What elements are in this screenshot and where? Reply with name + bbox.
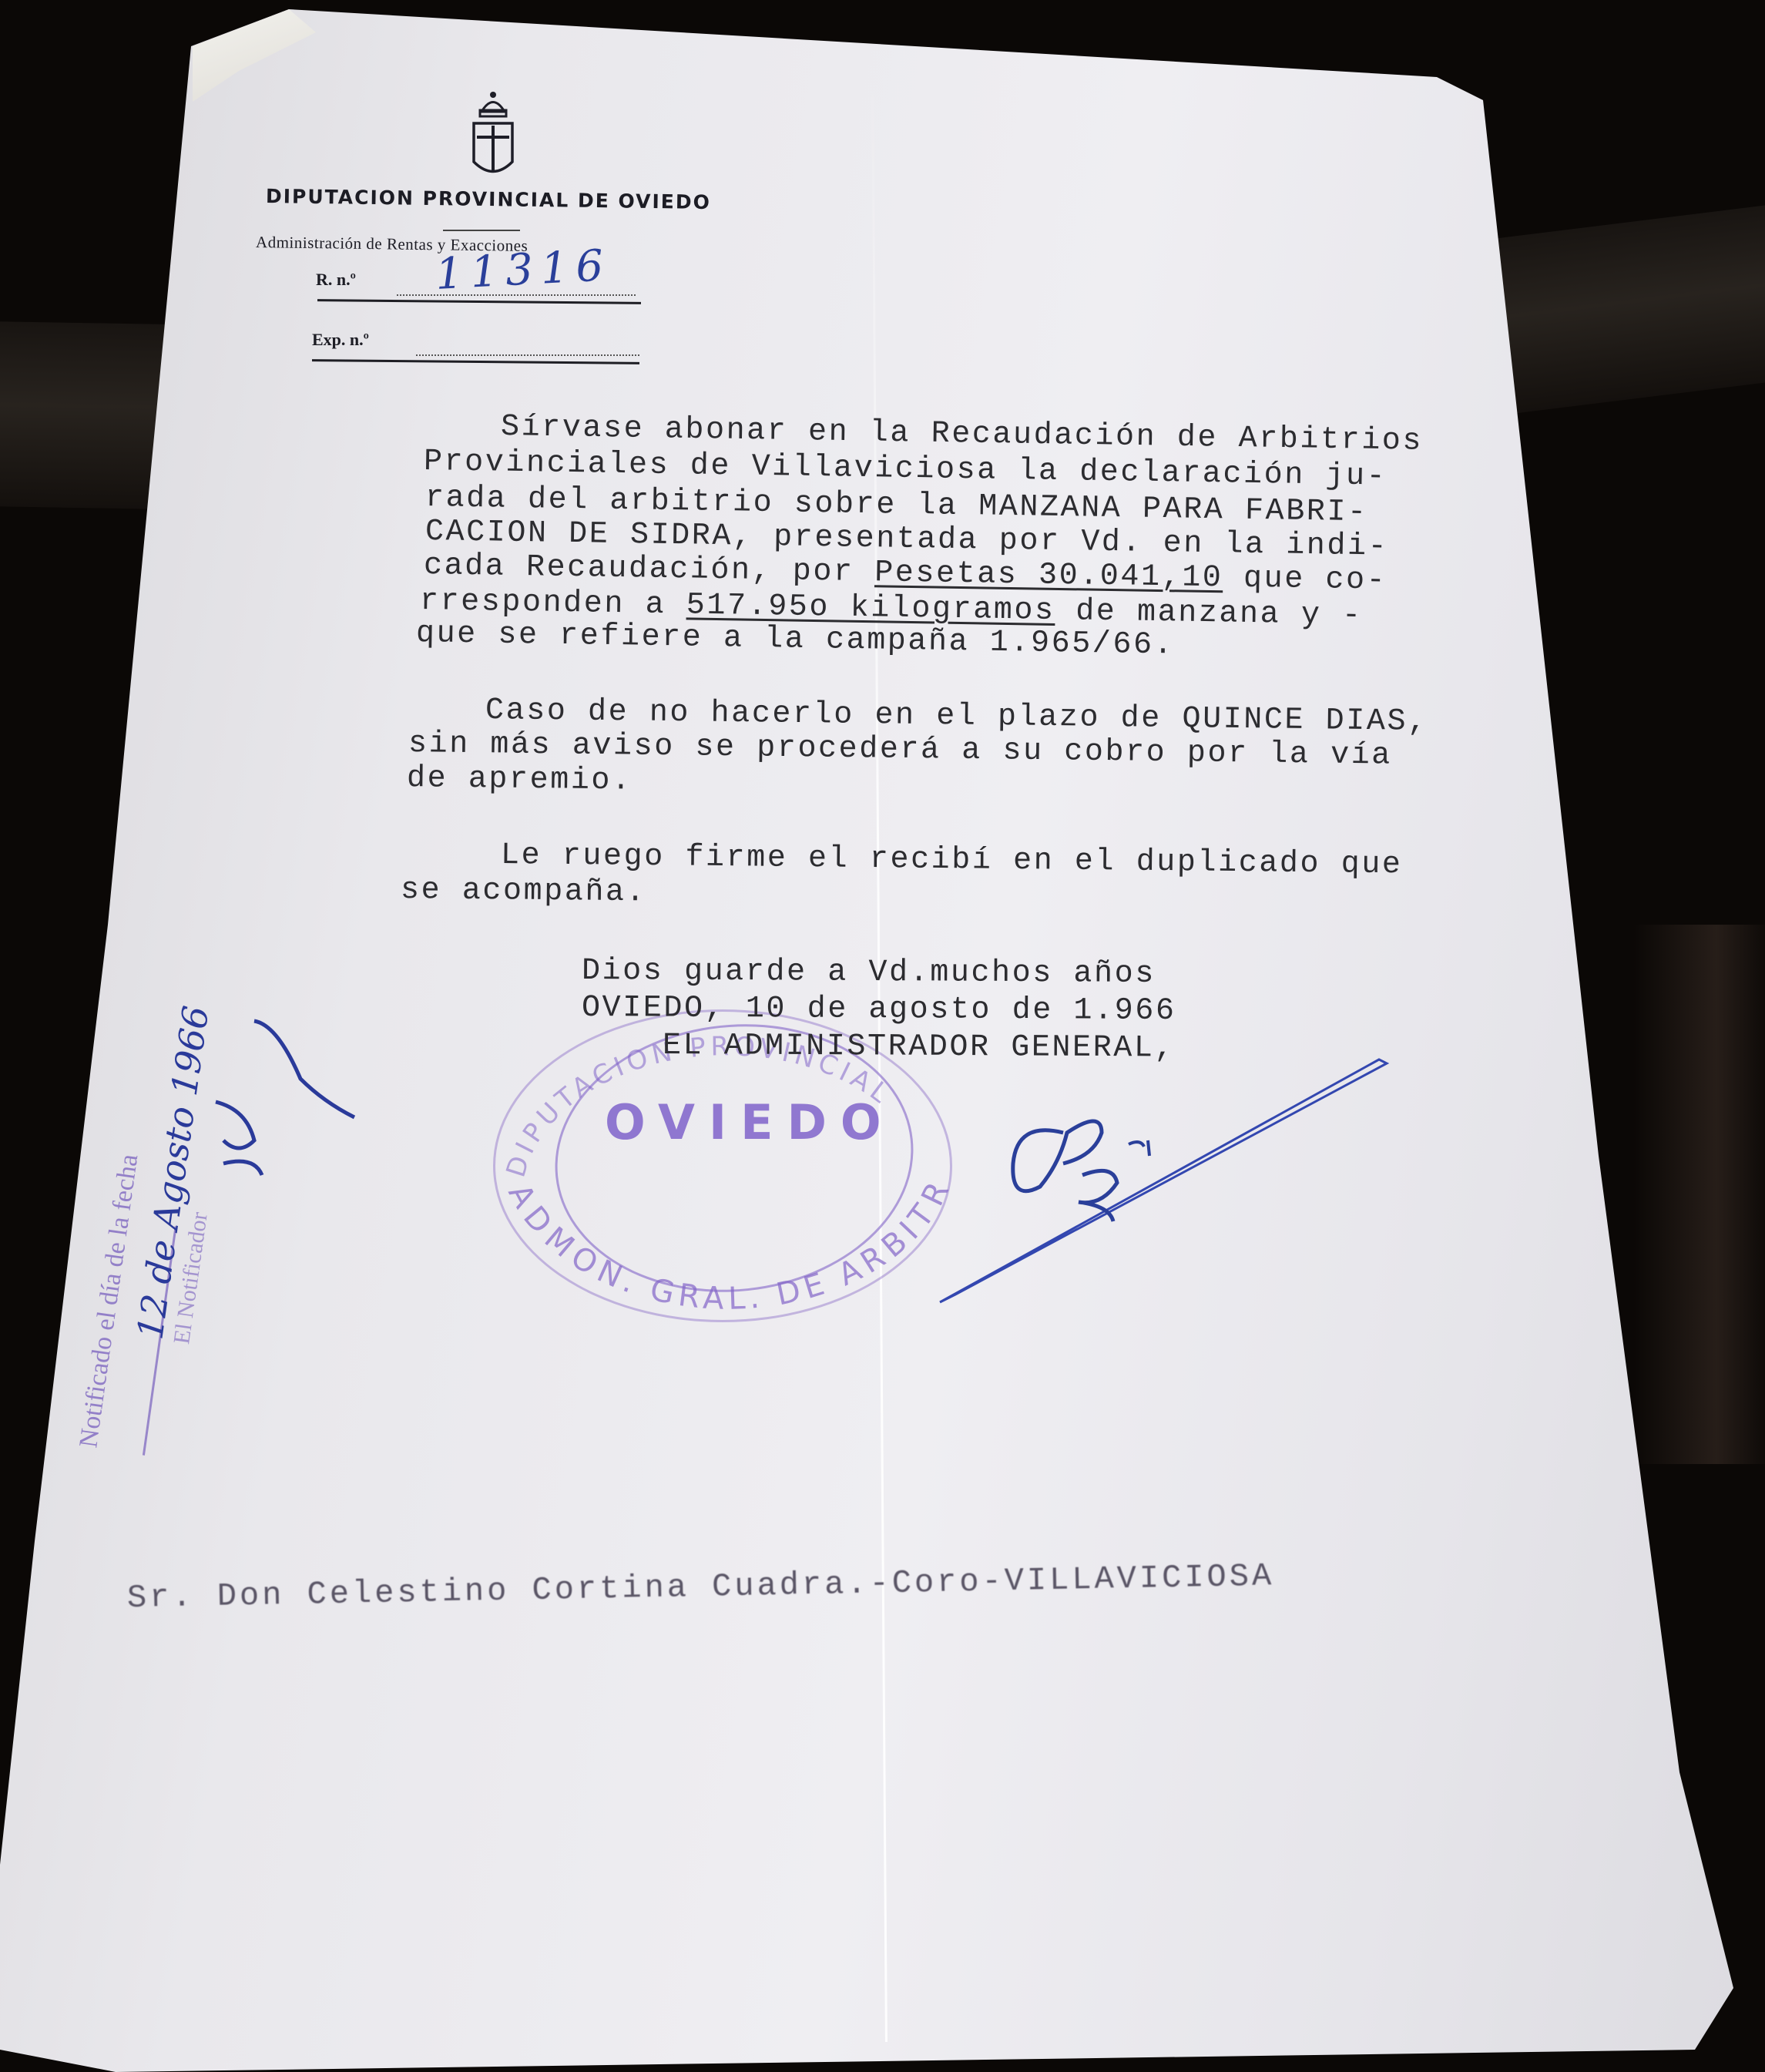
body-line: se acompaña.	[401, 873, 647, 910]
registry-dotted-line	[397, 294, 636, 296]
closing-greeting: Dios guarde a Vd.muchos años	[582, 954, 1156, 992]
registry-label: R. n.º	[316, 270, 356, 290]
background-glare	[1633, 925, 1765, 1464]
administrator-signature	[924, 1048, 1402, 1325]
letterhead-divider	[443, 230, 520, 231]
body-text: que co-	[1223, 561, 1388, 598]
coat-of-arms-icon	[466, 89, 520, 181]
registry-number: 11316	[434, 240, 612, 300]
file-dotted-line	[416, 354, 639, 356]
file-label: Exp. n.º	[312, 330, 369, 350]
closing-place-date: OVIEDO, 10 de agosto de 1.966	[582, 991, 1176, 1029]
body-text: cada Recaudación, por	[424, 549, 875, 590]
notification-date-handwritten: 12 de Agosto 1966	[129, 1003, 216, 1342]
notification-stamp: Notificado el día de la fecha El Notific…	[46, 909, 401, 1464]
amount-pesetas: Pesetas 30.041,10	[874, 556, 1223, 596]
body-line: de apremio.	[407, 761, 633, 799]
